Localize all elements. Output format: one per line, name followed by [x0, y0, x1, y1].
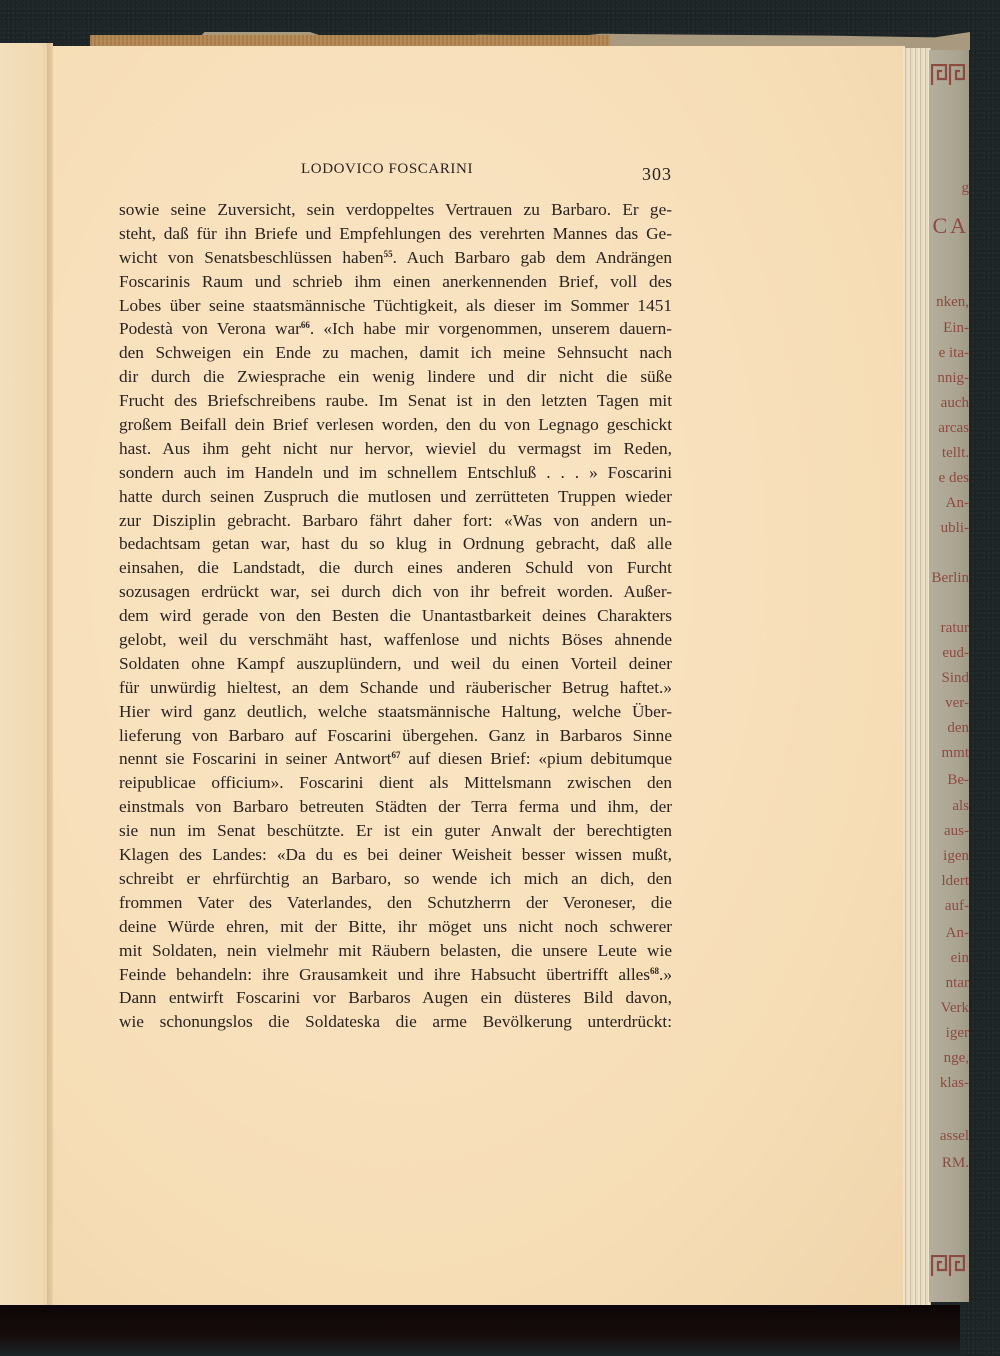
text-line: hatte durch seinen Zuspruch die mutlosen… [119, 485, 672, 509]
line-text: für unwürdig hieltest, an dem Schande un… [119, 678, 672, 697]
text-line: deine Würde ehren, mit der Bitte, ihr mö… [119, 915, 672, 939]
text-line: steht, daß für ihn Briefe und Empfehlung… [119, 222, 672, 246]
jacket-flap-fragment: Verk [941, 1000, 969, 1017]
bottom-shadow [0, 1305, 960, 1356]
line-text: deine Würde ehren, mit der Bitte, ihr mö… [119, 917, 672, 936]
text-line: den Schweigen ein Ende zu machen, damit … [119, 341, 672, 365]
jacket-flap-fragment: iger [946, 1025, 969, 1042]
greek-key-ornament-icon [931, 1255, 965, 1277]
jacket-flap-fragment: aus- [944, 823, 969, 840]
jacket-flap-fragment: klas- [940, 1075, 969, 1092]
jacket-flap-fragment: An- [946, 495, 969, 512]
line-text: Foscarinis Raum und schrieb ihm einen an… [119, 272, 672, 291]
text-line: mit Soldaten, nein vielmehr mit Räubern … [119, 939, 672, 963]
line-text: hatte durch seinen Zuspruch die mutlosen… [119, 487, 672, 506]
jacket-flap-fragment: ratur [941, 620, 969, 637]
line-text: zur Disziplin gebracht. Barbaro fährt da… [119, 511, 672, 530]
text-line: Feinde behandeln: ihre Grausamkeit und i… [119, 963, 672, 987]
jacket-flap-fragment: tellt. [942, 445, 969, 462]
jacket-flap-fragment: ver- [945, 695, 969, 712]
text-line: nennt sie Foscarini in seiner Antwort67 … [119, 747, 672, 771]
jacket-flap-fragment: Ein- [943, 320, 969, 337]
text-line: Dann entwirft Foscarini vor Barbaros Aug… [119, 986, 672, 1010]
line-text: hast. Aus ihm geht nicht nur hervor, wie… [119, 439, 672, 458]
text-line: für unwürdig hieltest, an dem Schande un… [119, 676, 672, 700]
jacket-flap-fragment: nnig- [937, 370, 969, 387]
jacket-flap-fragment: Berlin [932, 570, 970, 587]
line-text: mit Soldaten, nein vielmehr mit Räubern … [119, 941, 672, 960]
line-text: bedachtsam getan war, hast du so klug in… [119, 534, 672, 553]
line-text: sowie seine Zuversicht, sein verdoppelte… [119, 200, 672, 219]
line-text: sozusagen erdrückt war, sei durch dich v… [119, 582, 672, 601]
text-line: wie schonungslos die Soldateska die arme… [119, 1010, 672, 1034]
page-number: 303 [642, 164, 672, 185]
jacket-flap-fragment: ldert [942, 873, 970, 890]
line-text: schreibt er ehrfürchtig an Barbaro, so w… [119, 869, 672, 888]
text-line: sowie seine Zuversicht, sein verdoppelte… [119, 198, 672, 222]
text-line: wicht von Senatsbeschlüssen haben55. Auc… [119, 246, 672, 270]
line-text: . «Ich habe mir vorgenommen, unserem dau… [310, 319, 672, 338]
text-line: schreibt er ehrfürchtig an Barbaro, so w… [119, 867, 672, 891]
text-line: Klagen des Landes: «Da du es bei deiner … [119, 843, 672, 867]
line-text: Hier wird ganz deutlich, welche staatsmä… [119, 702, 672, 721]
left-page-edge [0, 43, 52, 1305]
text-line: sondern auch im Handeln und im schnellem… [119, 461, 672, 485]
jacket-flap-fragment: An- [946, 925, 969, 942]
line-text: .» [659, 965, 672, 984]
line-text: sondern auch im Handeln und im schnellem… [119, 463, 672, 482]
jacket-flap-fragment: eud- [942, 645, 969, 662]
dust-jacket-flap: gCAnken,Ein-e ita-nnig-aucharcastellt.e … [929, 50, 969, 1302]
page-edges [903, 48, 931, 1308]
line-text: wie schonungslos die Soldateska die arme… [119, 1012, 672, 1031]
line-text: einstmals von Barbaro betreuten Städten … [119, 797, 672, 816]
text-line: zur Disziplin gebracht. Barbaro fährt da… [119, 509, 672, 533]
jacket-flap-fragment: ein [951, 950, 969, 967]
jacket-flap-fragment: den [947, 720, 969, 737]
line-text: dem wird gerade von den Besten die Unant… [119, 606, 672, 625]
book-gutter [47, 43, 53, 1305]
text-line: lieferung von Barbaro auf Foscarini über… [119, 724, 672, 748]
text-line: hast. Aus ihm geht nicht nur hervor, wie… [119, 437, 672, 461]
line-text: dir durch die Zwiesprache ein wenig lind… [119, 367, 672, 386]
text-line: dir durch die Zwiesprache ein wenig lind… [119, 365, 672, 389]
line-text: Feinde behandeln: ihre Grausamkeit und i… [119, 965, 650, 984]
line-text: nennt sie Foscarini in seiner Antwort [119, 749, 391, 768]
jacket-flap-fragment: RM. [942, 1155, 969, 1172]
footnote-marker: 55 [384, 249, 393, 259]
jacket-flap-fragment: assel [940, 1128, 969, 1145]
line-text: den Schweigen ein Ende zu machen, damit … [119, 343, 672, 362]
jacket-flap-fragment: als [952, 798, 969, 815]
text-line: bedachtsam getan war, hast du so klug in… [119, 532, 672, 556]
line-text: Soldaten ohne Kampf auszuplündern, und w… [119, 654, 672, 673]
line-text: reipublicae officium». Foscarini dient a… [119, 773, 672, 792]
running-head: LODOVICO FOSCARINI [301, 161, 473, 178]
jacket-flap-fragment: ubli- [941, 520, 969, 537]
line-text: Klagen des Landes: «Da du es bei deiner … [119, 845, 672, 864]
footnote-marker: 68 [650, 966, 659, 976]
text-line: gelobt, weil du verschmäht hast, waffenl… [119, 628, 672, 652]
line-text: großem Beifall dein Brief verlesen worde… [119, 415, 672, 434]
jacket-flap-fragment: nken, [936, 294, 969, 311]
jacket-flap-fragment: mmt [941, 745, 969, 762]
book-photo-scene: gCAnken,Ein-e ita-nnig-aucharcastellt.e … [0, 0, 1000, 1356]
line-text: Podestà von Verona war [119, 319, 301, 338]
greek-key-ornament-icon [931, 64, 965, 86]
jacket-flap-fragment: igen [943, 848, 969, 865]
jacket-flap-fragment: CA [932, 213, 969, 239]
jacket-flap-fragment: auch [941, 395, 969, 412]
jacket-flap-fragment: e des [939, 470, 969, 487]
body-text: sowie seine Zuversicht, sein verdoppelte… [119, 198, 672, 1034]
text-line: Hier wird ganz deutlich, welche staatsmä… [119, 700, 672, 724]
text-line: Soldaten ohne Kampf auszuplündern, und w… [119, 652, 672, 676]
line-text: gelobt, weil du verschmäht hast, waffenl… [119, 630, 672, 649]
line-text: wicht von Senatsbeschlüssen haben [119, 248, 384, 267]
text-line: sozusagen erdrückt war, sei durch dich v… [119, 580, 672, 604]
line-text: sie nun im Senat beschützte. Er ist ein … [119, 821, 672, 840]
text-line: Lobes über seine staatsmännische Tüchtig… [119, 294, 672, 318]
text-line: reipublicae officium». Foscarini dient a… [119, 771, 672, 795]
jacket-flap-fragment: auf- [945, 898, 969, 915]
jacket-flap-fragment: Be- [947, 772, 969, 789]
text-line: Frucht des Briefschreibens raube. Im Sen… [119, 389, 672, 413]
text-line: sie nun im Senat beschützte. Er ist ein … [119, 819, 672, 843]
line-text: Frucht des Briefschreibens raube. Im Sen… [119, 391, 672, 410]
line-text: steht, daß für ihn Briefe und Empfehlung… [119, 224, 672, 243]
text-line: dem wird gerade von den Besten die Unant… [119, 604, 672, 628]
jacket-flap-fragment: e ita- [939, 345, 969, 362]
line-text: . Auch Barbaro gab dem Andrängen [393, 248, 672, 267]
text-line: Foscarinis Raum und schrieb ihm einen an… [119, 270, 672, 294]
line-text: Dann entwirft Foscarini vor Barbaros Aug… [119, 988, 672, 1007]
line-text: frommen Vater des Vaterlandes, den Schut… [119, 893, 672, 912]
line-text: auf diesen Brief: «pium debitumque [400, 749, 672, 768]
jacket-flap-fragment: nge, [944, 1050, 969, 1067]
jacket-flap-fragment: Sind [941, 670, 969, 687]
line-text: Lobes über seine staatsmännische Tüchtig… [119, 296, 672, 315]
line-text: einsahen, die Landstadt, die durch eines… [119, 558, 672, 577]
footnote-marker: 66 [301, 320, 310, 330]
line-text: lieferung von Barbaro auf Foscarini über… [119, 726, 672, 745]
text-line: einsahen, die Landstadt, die durch eines… [119, 556, 672, 580]
jacket-flap-fragment: arcas [938, 420, 969, 437]
text-line: Podestà von Verona war66. «Ich habe mir … [119, 317, 672, 341]
text-line: einstmals von Barbaro betreuten Städten … [119, 795, 672, 819]
jacket-flap-fragment: ntar [946, 975, 969, 992]
jacket-flap-fragment: g [962, 180, 970, 197]
text-line: großem Beifall dein Brief verlesen worde… [119, 413, 672, 437]
text-line: frommen Vater des Vaterlandes, den Schut… [119, 891, 672, 915]
